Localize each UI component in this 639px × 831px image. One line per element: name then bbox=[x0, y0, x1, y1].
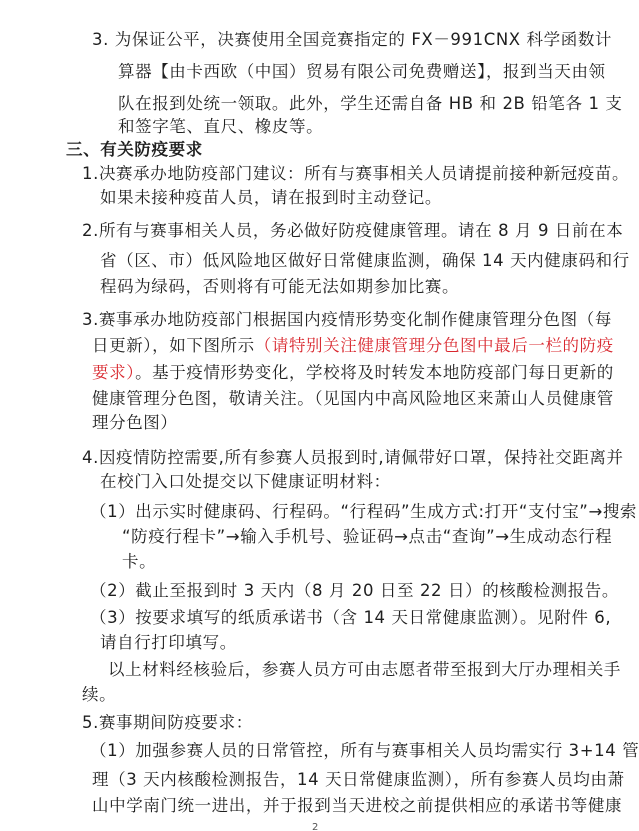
epidemic-item-4-line-2: 在校门入口处提交以下健康证明材料： bbox=[100, 472, 391, 492]
page-number: 2 bbox=[312, 822, 318, 831]
epidemic-item-3-line-2-text: 日更新），如下图所示 bbox=[92, 336, 255, 355]
document-page: 3. 为保证公平，决赛使用全国竞赛指定的 FX－991CNX 科学函数计 算器【… bbox=[0, 0, 639, 831]
calculator-item-line-2: 算器【由卡西欧（中国）贸易有限公司免费赠送】，报到当天由领 bbox=[118, 62, 606, 82]
calculator-item-line-3: 队在报到处统一领取。此外，学生还需自备 HB 和 2B 铅笔各 1 支 bbox=[118, 94, 623, 114]
section-heading-epidemic: 三、有关防疫要求 bbox=[66, 140, 203, 160]
epidemic-item-5-heading: 5.赛事期间防疫要求： bbox=[82, 713, 253, 733]
epidemic-item-4-sub-2: （2）截止至报到时 3 天内（8 月 20 日至 22 日）的核酸检测报告。 bbox=[90, 581, 619, 601]
epidemic-item-1-line-1: 1.决赛承办地防疫部门建议：所有与赛事相关人员请提前接种新冠疫苗。 bbox=[82, 164, 629, 184]
epidemic-item-5-sub-1-line-2: 理（3 天内核酸检测报告，14 天日常健康监测），所有参赛人员均由萧 bbox=[92, 770, 625, 790]
epidemic-item-4-sub-1-line-3: 卡。 bbox=[122, 552, 156, 572]
epidemic-item-3-line-2: 日更新），如下图所示（请特别关注健康管理分色图中最后一栏的防疫 bbox=[92, 336, 614, 356]
epidemic-item-4-sub-3-line-2: 请自行打印填写。 bbox=[100, 633, 237, 653]
epidemic-item-3-line-5: 理分色图） bbox=[92, 413, 178, 433]
epidemic-item-2-line-3: 程码为绿码，否则将有可能无法如期参加比赛。 bbox=[100, 277, 459, 297]
epidemic-item-4-sub-1-line-2: “防疫行程卡”→输入手机号、验证码→点击“查询”→生成动态行程 bbox=[122, 527, 612, 547]
epidemic-item-3-line-3: 要求）。基于疫情形势变化，学校将及时转发本地防疫部门每日更新的 bbox=[92, 363, 614, 383]
highlight-red-notice: （请特别关注健康管理分色图中最后一栏的防疫 bbox=[255, 336, 614, 355]
epidemic-item-2-line-2: 省（区、市）低风险地区做好日常健康监测，确保 14 天内健康码和行 bbox=[100, 251, 630, 271]
epidemic-item-3-line-1: 3.赛事承办地防疫部门根据国内疫情形势变化制作健康管理分色图（每 bbox=[82, 310, 612, 330]
epidemic-item-5-sub-1-line-1: （1）加强参赛人员的日常管控，所有与赛事相关人员均需实行 3+14 管 bbox=[90, 741, 639, 761]
epidemic-item-2-line-1: 2.所有与赛事相关人员，务必做好防疫健康管理。请在 8 月 9 日前在本 bbox=[82, 221, 623, 241]
epidemic-item-3-line-4: 健康管理分色图，敬请关注。（见国内中高风险地区来萧山人员健康管 bbox=[92, 389, 614, 409]
epidemic-item-1-line-2: 如果未接种疫苗人员，请在报到时主动登记。 bbox=[100, 188, 442, 208]
epidemic-item-5-sub-1-line-3: 山中学南门统一进出，并于报到当天进校之前提供相应的承诺书等健康 bbox=[92, 796, 622, 816]
calculator-item-line-1: 3. 为保证公平，决赛使用全国竞赛指定的 FX－991CNX 科学函数计 bbox=[92, 30, 612, 50]
epidemic-item-4-note-line-1: 以上材料经核验后，参赛人员方可由志愿者带至报到大厅办理相关手 bbox=[108, 660, 621, 680]
epidemic-item-4-note-line-2: 续。 bbox=[82, 685, 116, 705]
epidemic-item-4-line-1: 4.因疫情防控需要,所有参赛人员报到时,请佩带好口罩，保持社交距离并 bbox=[82, 448, 624, 468]
epidemic-item-4-sub-1-line-1: （1）出示实时健康码、行程码。“行程码”生成方式:打开“支付宝”→搜索 bbox=[90, 502, 637, 522]
epidemic-item-3-line-3-text: 。基于疫情形势变化，学校将及时转发本地防疫部门每日更新的 bbox=[135, 363, 614, 382]
epidemic-item-4-sub-3-line-1: （3）按要求填写的纸质承诺书（含 14 天日常健康监测）。见附件 6, bbox=[90, 608, 611, 628]
calculator-item-line-4: 和签字笔、直尺、橡皮等。 bbox=[118, 117, 323, 137]
highlight-red-notice-end: 要求） bbox=[92, 363, 135, 382]
